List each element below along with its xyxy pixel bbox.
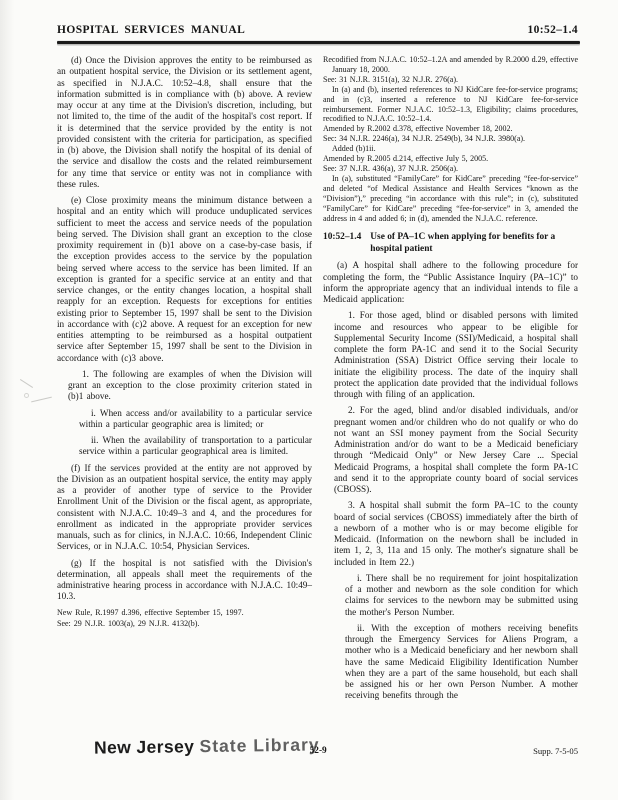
section-number: 10:52–1.4 (323, 232, 361, 255)
history-line: Sec: 34 N.J.R. 2246(a), 34 N.J.R. 2549(b… (323, 134, 578, 144)
history-line: Added (b)1ii. (323, 144, 578, 154)
page-footer: 52-9 Supp. 7-5-05 (57, 746, 578, 762)
list-item-1-i: i. When access and/or availability to a … (79, 408, 312, 431)
left-column: (d) Once the Division approves the entit… (57, 55, 312, 747)
paragraph-f: (f) If the services provided at the enti… (57, 463, 312, 553)
history-line: In (a) and (b), inserted references to N… (323, 85, 578, 125)
list-item-3: 3. A hospital shall submit the form PA–1… (334, 500, 578, 568)
paragraph-d: (d) Once the Division approves the entit… (57, 55, 312, 190)
paragraph-a: (a) A hospital shall adhere to the follo… (323, 260, 578, 305)
document-page: HOSPITAL SERVICES MANUAL 10:52–1.4 (d) O… (0, 0, 618, 800)
scan-smudge (20, 379, 33, 388)
list-item-2: 2. For the aged, blind and/or disabled i… (334, 405, 578, 495)
list-item-3-i: i. There shall be no requirement for joi… (345, 573, 578, 618)
history-line: Amended by R.2002 d.378, effective Novem… (323, 124, 578, 134)
scan-smudge (24, 393, 29, 398)
page-number: 52-9 (310, 746, 327, 756)
rule-history-note: New Rule, R.1997 d.396, effective Septem… (57, 608, 312, 618)
history-line: Amended by R.2005 d.214, effective July … (323, 154, 578, 164)
paragraph-g: (g) If the hospital is not satisfied wit… (57, 558, 312, 603)
two-column-body: (d) Once the Division approves the entit… (57, 55, 578, 747)
scan-edge-shadow (0, 0, 14, 800)
list-item-3-ii: ii. With the exception of mothers receiv… (345, 623, 578, 702)
supplement-date: Supp. 7-5-05 (533, 746, 578, 756)
list-item-1: 1. For those aged, blind or disabled per… (334, 310, 578, 400)
history-line: Recodified from N.J.A.C. 10:52–1.2A and … (323, 55, 578, 75)
paragraph-e: (e) Close proximity means the minimum di… (57, 195, 312, 364)
section-heading: 10:52–1.4 Use of PA–1C when applying for… (323, 232, 578, 255)
right-column: Recodified from N.J.A.C. 10:52–1.2A and … (323, 55, 578, 747)
history-line: In (a), substituted “FamilyCare” for Kid… (323, 174, 578, 224)
history-line: See: 31 N.J.R. 3151(a), 32 N.J.R. 276(a)… (323, 75, 578, 85)
scan-smudge (31, 397, 52, 403)
history-line: See: 37 N.J.R. 436(a), 37 N.J.R. 2506(a)… (323, 164, 578, 174)
page-header: HOSPITAL SERVICES MANUAL 10:52–1.4 (57, 24, 578, 36)
manual-title: HOSPITAL SERVICES MANUAL (57, 24, 245, 36)
header-rule (57, 41, 580, 44)
section-title: Use of PA–1C when applying for benefits … (370, 232, 578, 255)
rule-citation-note: See: 29 N.J.R. 1003(a), 29 N.J.R. 4132(b… (57, 619, 312, 629)
list-item-1: 1. The following are examples of when th… (68, 369, 312, 403)
list-item-1-ii: ii. When the availability of transportat… (79, 435, 312, 458)
section-reference: 10:52–1.4 (527, 24, 578, 36)
